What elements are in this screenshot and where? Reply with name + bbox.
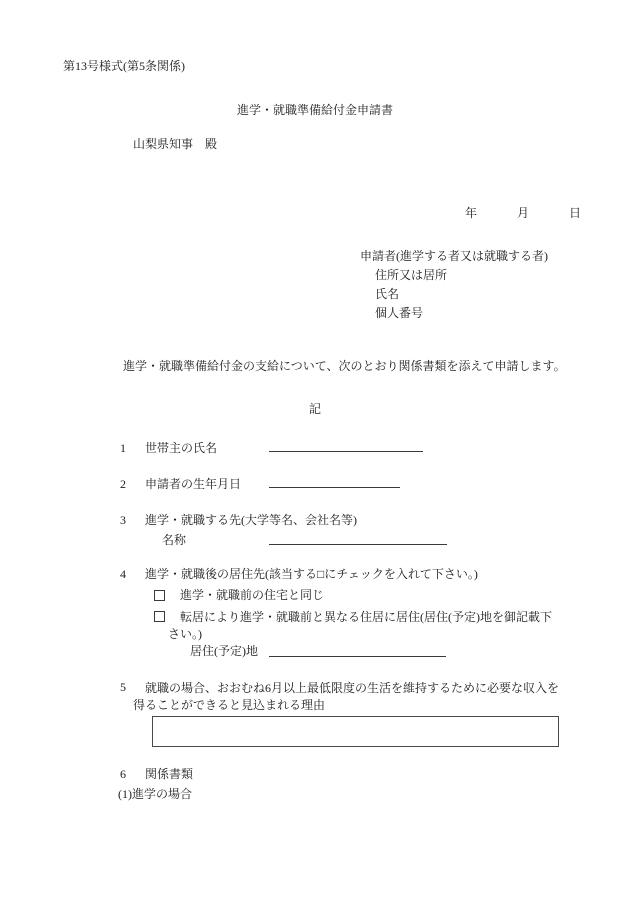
item5-number: 5 <box>120 680 126 694</box>
checkbox-same-residence[interactable] <box>154 590 165 601</box>
householder-name-input-line[interactable] <box>269 438 423 452</box>
date-month-label: 月 <box>517 206 529 220</box>
applicant-id-number-label: 個人番号 <box>375 306 423 320</box>
item6-sub1-label: (1)進学の場合 <box>118 787 192 801</box>
item3-name-sublabel: 名称 <box>162 533 186 547</box>
item6-label: 関係書類 <box>145 767 193 781</box>
item4-label: 進学・就職後の居住先(該当する□にチェックを入れて下さい。) <box>145 567 478 581</box>
item3-label: 進学・就職する先(大学等名、会社名等) <box>145 513 357 527</box>
document-page: 第13号様式(第5条関係) 進学・就職準備給付金申請書 山梨県知事 殿 年月日 … <box>0 0 630 903</box>
item2-number: 2 <box>120 477 126 491</box>
item2-label: 申請者の生年月日 <box>145 477 241 491</box>
item4-residence-sublabel: 居住(予定)地 <box>190 644 258 658</box>
residence-address-input-line[interactable] <box>269 643 446 657</box>
item1-number: 1 <box>120 441 126 455</box>
item5-label: 就職の場合、おおむね6月以上最低限度の生活を維持するために必要な収入を得ることが… <box>133 680 564 714</box>
date-day-label: 日 <box>569 206 581 220</box>
applicant-heading: 申請者(進学する者又は就職する者) <box>360 249 548 263</box>
item4-option2-label: 転居により進学・就職前と異なる住居に居住(居住(予定)地を御記載下さい。) <box>168 609 557 643</box>
item4-option1-label: 進学・就職前の住宅と同じ <box>180 588 324 602</box>
item4-number: 4 <box>120 567 126 581</box>
item1-label: 世帯主の氏名 <box>145 441 217 455</box>
intro-sentence: 進学・就職準備給付金の支給について、次のとおり関係書類を添えて申請します。 <box>123 359 566 373</box>
form-number: 第13号様式(第5条関係) <box>63 59 185 73</box>
page-title: 進学・就職準備給付金申請書 <box>0 101 630 118</box>
applicant-address-label: 住所又は居所 <box>375 268 447 282</box>
date-line: 年月日 <box>453 192 581 234</box>
item3-number: 3 <box>120 513 126 527</box>
item6-number: 6 <box>120 767 126 781</box>
expected-income-reason-box[interactable] <box>152 716 559 747</box>
applicant-name-label: 氏名 <box>375 287 399 301</box>
birthdate-input-line[interactable] <box>269 474 400 488</box>
checkbox-new-residence[interactable] <box>154 611 165 622</box>
ki-marker: 記 <box>0 400 630 417</box>
date-year-label: 年 <box>465 206 477 220</box>
school-company-name-input-line[interactable] <box>269 531 447 545</box>
addressee: 山梨県知事 殿 <box>133 137 217 151</box>
